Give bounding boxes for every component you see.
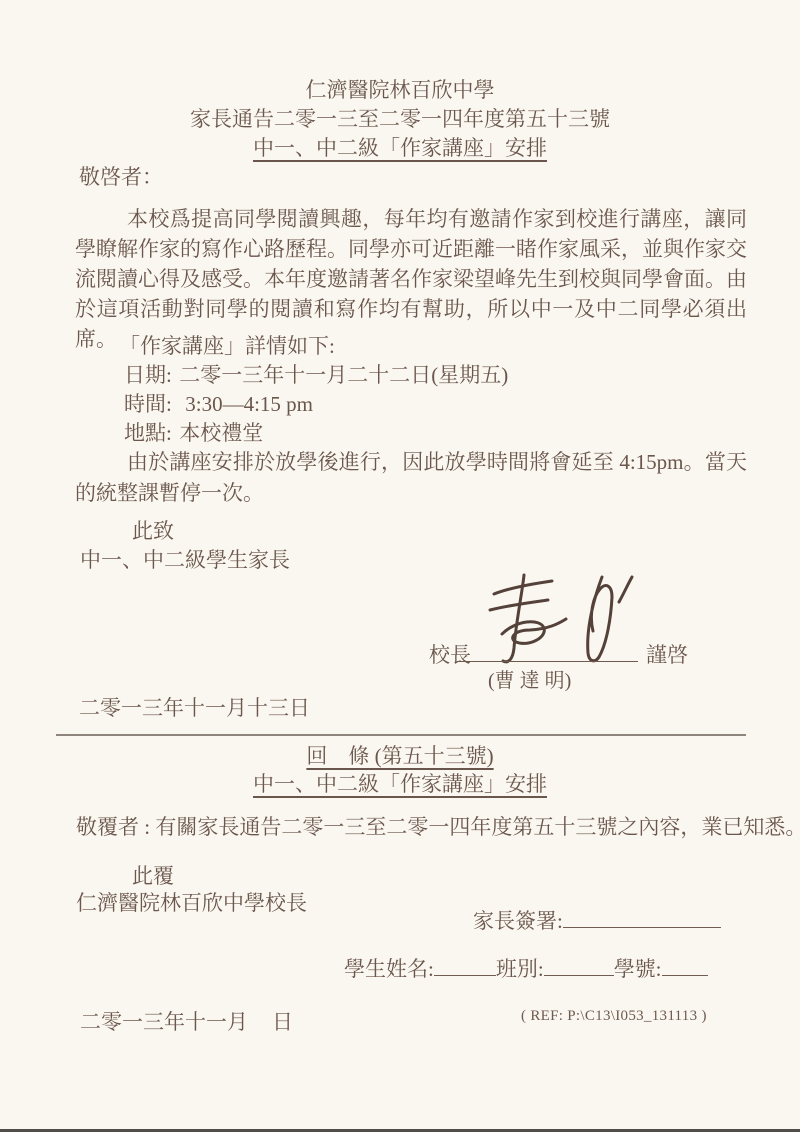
principal-name: (曹 達 明) [488, 667, 571, 696]
sign-off-label: 謹啓 [646, 641, 688, 670]
venue-label: 地點: [124, 419, 174, 448]
detail-time-row: 時間: 3:30—4:15 pm [124, 390, 313, 419]
date-value: 二零一三年十一月二十二日(星期五) [179, 363, 508, 387]
venue-value: 本校禮堂 [179, 421, 263, 445]
school-name: 仁濟醫院林百欣中學 [0, 76, 800, 105]
salutation: 敬啓者： [79, 163, 163, 192]
letter-subject-title: 中一、中二級「作家講座」安排 [0, 134, 800, 163]
details-heading: 「作家講座」詳情如下: [119, 332, 335, 361]
parent-sign-label: 家長簽署: [473, 909, 563, 933]
reply-date-row: 二零一三年十一月日 [80, 1008, 293, 1037]
principal-signature-line [457, 640, 638, 662]
class-field [544, 955, 614, 976]
student-no-field [662, 955, 708, 976]
reply-closing-recipient: 仁濟醫院林百欣中學校長 [76, 889, 307, 918]
reply-slip-subject-row: 中一、中二級「作家講座」安排 [0, 770, 800, 799]
reply-date-prefix: 二零一三年十一月 [80, 1010, 248, 1034]
letter-date: 二零一三年十一月十三日 [79, 694, 310, 723]
parent-signature-row: 家長簽署: [473, 907, 721, 936]
time-value: 3:30—4:15 pm [185, 392, 313, 416]
parent-signature-field [563, 907, 721, 928]
reply-slip-body: 敬覆者 : 有關家長通告二零一三至二零一四年度第五十三號之內容，業已知悉。 [76, 813, 800, 842]
reply-slip-subject: 中一、中二級「作家講座」安排 [253, 772, 547, 796]
student-info-row: 學生姓名:班別:學號: [344, 955, 708, 984]
closing-recipient: 中一、中二級學生家長 [80, 546, 290, 575]
letter-subject-text: 中一、中二級「作家講座」安排 [253, 136, 547, 160]
reply-slip-title: 回 條 (第五十三號) [306, 744, 493, 768]
tear-off-divider [56, 734, 746, 736]
class-label: 班別: [496, 957, 544, 981]
date-label: 日期: [124, 361, 174, 390]
reply-date-suffix: 日 [272, 1010, 293, 1034]
detail-date-row: 日期: 二零一三年十一月二十二日(星期五) [124, 361, 508, 390]
closing-salute: 此致 [132, 517, 174, 546]
student-no-label: 學號: [614, 957, 662, 981]
file-reference: ( REF: P:\C13\I053_131113 ) [521, 1008, 707, 1025]
document-page: 仁濟醫院林百欣中學 家長通告二零一三至二零一四年度第五十三號 中一、中二級「作家… [0, 0, 800, 1132]
notice-number-line: 家長通告二零一三至二零一四年度第五十三號 [0, 105, 800, 134]
student-name-label: 學生姓名: [344, 957, 434, 981]
detail-venue-row: 地點: 本校禮堂 [124, 419, 263, 448]
note-paragraph: 由於講座安排於放學後進行，因此放學時間將會延至 4:15pm。當天的統整課暫停一… [75, 447, 747, 509]
reply-closing-salute: 此覆 [132, 862, 174, 891]
reply-slip-title-row: 回 條 (第五十三號) [0, 742, 800, 771]
time-label: 時間: [124, 390, 174, 419]
student-name-field [434, 955, 496, 976]
